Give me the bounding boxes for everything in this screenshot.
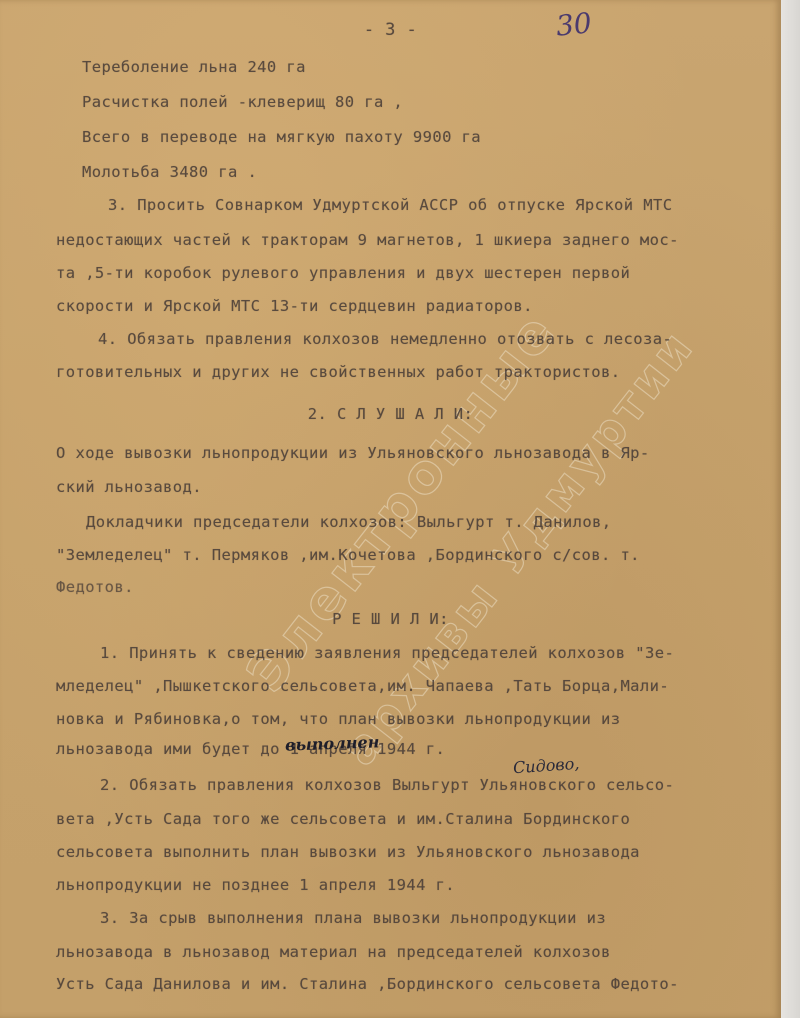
text-line: "Земледелец" т. Пермяков ,им.Кочетова ,Б… (56, 546, 640, 564)
section-heading-heard: 2. С Л У Ш А Л И: (0, 405, 781, 423)
text-line: вета ,Усть Сада того же сельсовета и им.… (56, 810, 630, 828)
text-line: Молотьба 3480 га . (82, 163, 257, 181)
text-line: ский льнозавод. (56, 478, 202, 496)
text-line: льнозавода в льнозавод материал на предс… (56, 943, 611, 961)
text-line: Федотов. (56, 578, 134, 596)
text-line: та ,5-ти коробок рулевого управления и д… (56, 264, 630, 282)
text-line: Расчистка полей -клеверищ 80 га , (82, 93, 403, 111)
text-line: сельсовета выполнить план вывозки из Уль… (56, 843, 640, 861)
text-line: 4. Обязать правления колхозов немедленно… (98, 330, 672, 348)
text-line: мледелец" ,Пышкетского сельсовета,им. Ча… (56, 677, 669, 695)
document-page: Электронные архивы Удмуртии - 3 - 30 Тер… (0, 0, 781, 1018)
text-line: Всего в переводе на мягкую пахоту 9900 г… (82, 128, 481, 146)
text-line: льнопродукции не позднее 1 апреля 1944 г… (56, 876, 455, 894)
text-line: скорости и Ярской МТС 13-ти сердцевин ра… (56, 297, 533, 315)
text-line: недостающих частей к тракторам 9 магнето… (56, 231, 679, 249)
text-line: готовительных и других не свойственных р… (56, 363, 620, 381)
text-line: Тереболение льна 240 га (82, 58, 306, 76)
handwritten-insertion: Сидово, (512, 754, 580, 778)
text-line: новка и Рябиновка,о том, что план вывозк… (56, 710, 620, 728)
handwritten-folio-number: 30 (554, 6, 593, 43)
text-line: льнозавода ими будет до 1 апреля 1944 г. (56, 740, 445, 758)
text-line: 3. За срыв выполнения плана вывозки льно… (100, 909, 606, 927)
page-number: - 3 - (0, 20, 781, 40)
text-line: 3. Просить Совнарком Удмуртской АССР об … (108, 196, 672, 214)
text-line: О ходе вывозки льнопродукции из Ульяновс… (56, 444, 650, 462)
text-line: 1. Принять к сведению заявления председа… (100, 644, 674, 662)
watermark-text: Электронные (234, 299, 569, 703)
text-line: Усть Сада Данилова и им. Сталина ,Бордин… (56, 975, 679, 993)
text-line: 2. Обязать правления колхозов Выльгурт У… (100, 776, 674, 794)
scan-edge (781, 0, 800, 1018)
text-line: Докладчики председатели колхозов: Выльгу… (86, 513, 612, 531)
section-heading-resolved: Р Е Ш И Л И: (0, 610, 781, 628)
handwritten-insertion: выполнен (285, 732, 380, 754)
